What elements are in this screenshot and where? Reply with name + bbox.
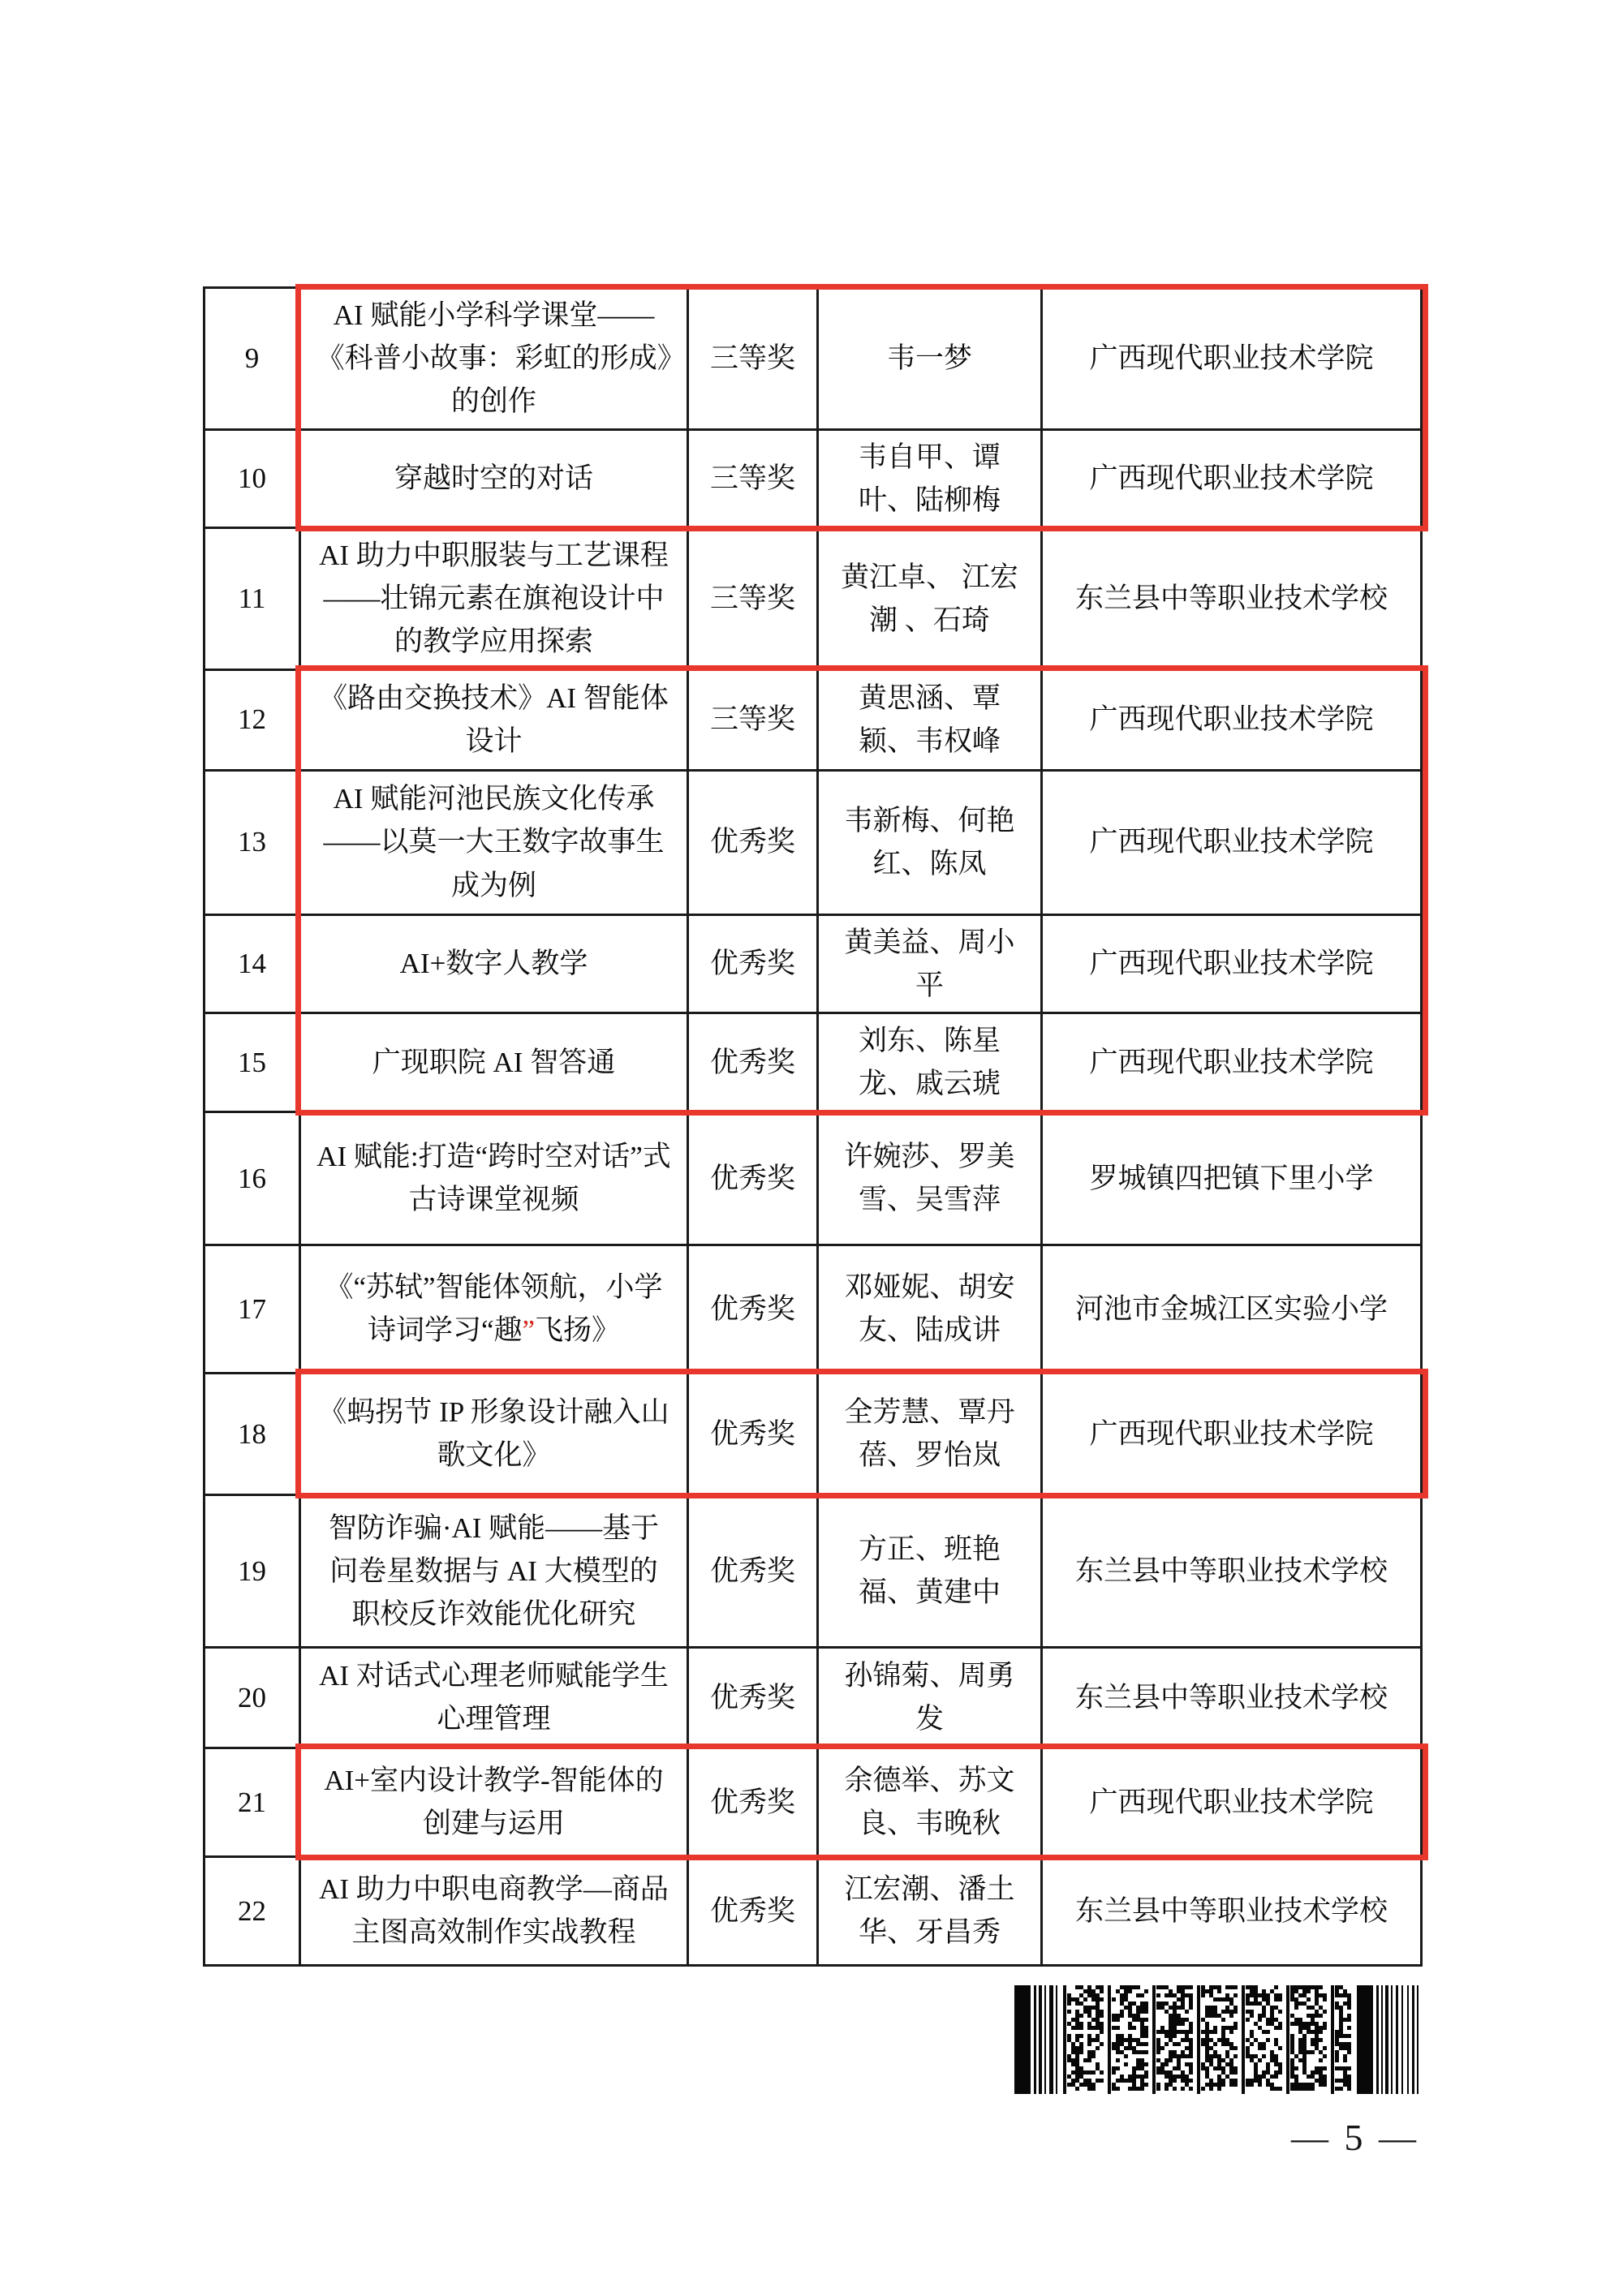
cell-award-level: 优秀奖 [688,1748,818,1856]
pdf417-barcode [1014,1985,1425,2094]
cell-entry-number: 22 [204,1856,300,1965]
cell-authors: 韦自甲、谭叶、陆柳梅 [818,429,1042,527]
cell-entry-number: 21 [204,1748,300,1856]
cell-authors: 黄思涵、覃颖、韦权峰 [818,669,1042,770]
cell-work-title: 《蚂拐节 IP 形象设计融入山歌文化》 [300,1373,688,1494]
cell-award-level: 优秀奖 [688,1245,818,1373]
cell-award-level: 三等奖 [688,527,818,669]
title-text: 飞扬》 [535,1314,620,1346]
cell-institution: 广西现代职业技术学院 [1042,288,1422,430]
table-row: 14AI+数字人教学优秀奖黄美益、周小平广西现代职业技术学院 [204,914,1422,1013]
table-row: 9AI 赋能小学科学课堂——《科普小故事：彩虹的形成》的创作三等奖韦一梦广西现代… [204,288,1422,430]
cell-authors: 韦一梦 [818,288,1042,430]
cell-work-title: 《“苏轼”智能体领航，小学诗词学习“趣”飞扬》 [300,1245,688,1373]
cell-authors: 江宏潮、潘土华、牙昌秀 [818,1856,1042,1965]
cell-institution: 东兰县中等职业技术学校 [1042,527,1422,669]
cell-institution: 东兰县中等职业技术学校 [1042,1494,1422,1647]
cell-award-level: 三等奖 [688,669,818,770]
cell-authors: 许婉莎、罗美雪、吴雪萍 [818,1111,1042,1245]
table-row: 17《“苏轼”智能体领航，小学诗词学习“趣”飞扬》优秀奖邓娅妮、胡安友、陆成讲河… [204,1245,1422,1373]
cell-institution: 广西现代职业技术学院 [1042,914,1422,1013]
cell-award-level: 优秀奖 [688,1647,818,1748]
cell-institution: 东兰县中等职业技术学校 [1042,1647,1422,1748]
cell-institution: 广西现代职业技术学院 [1042,1013,1422,1111]
cell-entry-number: 20 [204,1647,300,1748]
cell-work-title: AI 助力中职服装与工艺课程——壮锦元素在旗袍设计中的教学应用探索 [300,527,688,669]
cell-award-level: 优秀奖 [688,1111,818,1245]
cell-entry-number: 19 [204,1494,300,1647]
cell-award-level: 三等奖 [688,288,818,430]
table-row: 21AI+室内设计教学-智能体的创建与运用优秀奖余德举、苏文良、韦晚秋广西现代职… [204,1748,1422,1856]
table-row: 16AI 赋能:打造“跨时空对话”式古诗课堂视频优秀奖许婉莎、罗美雪、吴雪萍罗城… [204,1111,1422,1245]
cell-institution: 广西现代职业技术学院 [1042,1373,1422,1494]
table-row: 12《路由交换技术》AI 智能体设计三等奖黄思涵、覃颖、韦权峰广西现代职业技术学… [204,669,1422,770]
title-red-quote: ” [522,1314,535,1346]
cell-work-title: AI 助力中职电商教学—商品主图高效制作实战教程 [300,1856,688,1965]
cell-entry-number: 12 [204,669,300,770]
cell-authors: 方正、班艳福、黄建中 [818,1494,1042,1647]
table-row: 11AI 助力中职服装与工艺课程——壮锦元素在旗袍设计中的教学应用探索三等奖黄江… [204,527,1422,669]
cell-entry-number: 10 [204,429,300,527]
cell-authors: 黄江卓、 江宏潮 、石琦 [818,527,1042,669]
table-row: 22AI 助力中职电商教学—商品主图高效制作实战教程优秀奖江宏潮、潘土华、牙昌秀… [204,1856,1422,1965]
cell-work-title: 《路由交换技术》AI 智能体设计 [300,669,688,770]
cell-authors: 黄美益、周小平 [818,914,1042,1013]
cell-entry-number: 17 [204,1245,300,1373]
cell-entry-number: 9 [204,288,300,430]
cell-work-title: AI+室内设计教学-智能体的创建与运用 [300,1748,688,1856]
cell-authors: 韦新梅、何艳红、陈凤 [818,770,1042,914]
cell-institution: 东兰县中等职业技术学校 [1042,1856,1422,1965]
cell-work-title: AI+数字人教学 [300,914,688,1013]
page-number: — 5 — [1250,2116,1461,2159]
cell-work-title: 广现职院 AI 智答通 [300,1013,688,1111]
cell-institution: 广西现代职业技术学院 [1042,1748,1422,1856]
table-row: 20AI 对话式心理老师赋能学生心理管理优秀奖孙锦菊、周勇发东兰县中等职业技术学… [204,1647,1422,1748]
cell-entry-number: 16 [204,1111,300,1245]
table-row: 18《蚂拐节 IP 形象设计融入山歌文化》优秀奖全芳慧、覃丹蓓、罗怡岚广西现代职… [204,1373,1422,1494]
cell-institution: 广西现代职业技术学院 [1042,669,1422,770]
cell-award-level: 三等奖 [688,429,818,527]
cell-award-level: 优秀奖 [688,1856,818,1965]
cell-entry-number: 15 [204,1013,300,1111]
cell-award-level: 优秀奖 [688,1013,818,1111]
cell-authors: 全芳慧、覃丹蓓、罗怡岚 [818,1373,1042,1494]
award-results-table: 9AI 赋能小学科学课堂——《科普小故事：彩虹的形成》的创作三等奖韦一梦广西现代… [203,286,1423,1967]
cell-work-title: AI 赋能河池民族文化传承——以莫一大王数字故事生成为例 [300,770,688,914]
cell-entry-number: 14 [204,914,300,1013]
cell-authors: 余德举、苏文良、韦晚秋 [818,1748,1042,1856]
cell-institution: 河池市金城江区实验小学 [1042,1245,1422,1373]
table-row: 15广现职院 AI 智答通优秀奖刘东、陈星龙、戚云琥广西现代职业技术学院 [204,1013,1422,1111]
cell-work-title: AI 赋能:打造“跨时空对话”式古诗课堂视频 [300,1111,688,1245]
table-row: 19智防诈骗·AI 赋能——基于问卷星数据与 AI 大模型的职校反诈效能优化研究… [204,1494,1422,1647]
cell-work-title: AI 对话式心理老师赋能学生心理管理 [300,1647,688,1748]
cell-authors: 刘东、陈星龙、戚云琥 [818,1013,1042,1111]
cell-award-level: 优秀奖 [688,1373,818,1494]
cell-entry-number: 11 [204,527,300,669]
cell-award-level: 优秀奖 [688,770,818,914]
cell-institution: 罗城镇四把镇下里小学 [1042,1111,1422,1245]
cell-work-title: 智防诈骗·AI 赋能——基于问卷星数据与 AI 大模型的职校反诈效能优化研究 [300,1494,688,1647]
cell-entry-number: 18 [204,1373,300,1494]
cell-authors: 邓娅妮、胡安友、陆成讲 [818,1245,1042,1373]
cell-award-level: 优秀奖 [688,914,818,1013]
cell-award-level: 优秀奖 [688,1494,818,1647]
cell-authors: 孙锦菊、周勇发 [818,1647,1042,1748]
cell-entry-number: 13 [204,770,300,914]
cell-institution: 广西现代职业技术学院 [1042,429,1422,527]
cell-work-title: 穿越时空的对话 [300,429,688,527]
scanned-document-page: 9AI 赋能小学科学课堂——《科普小故事：彩虹的形成》的创作三等奖韦一梦广西现代… [0,0,1623,2296]
table-row: 10穿越时空的对话三等奖韦自甲、谭叶、陆柳梅广西现代职业技术学院 [204,429,1422,527]
table-row: 13AI 赋能河池民族文化传承——以莫一大王数字故事生成为例优秀奖韦新梅、何艳红… [204,770,1422,914]
cell-institution: 广西现代职业技术学院 [1042,770,1422,914]
cell-work-title: AI 赋能小学科学课堂——《科普小故事：彩虹的形成》的创作 [300,288,688,430]
